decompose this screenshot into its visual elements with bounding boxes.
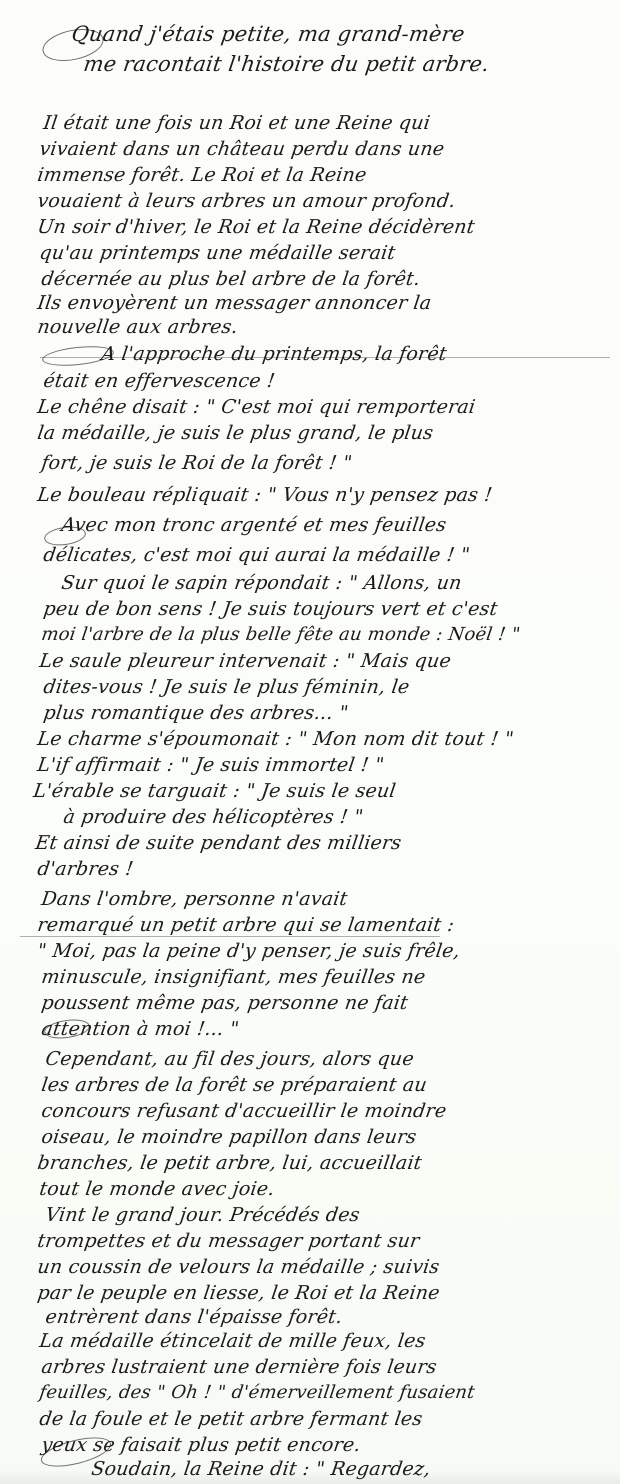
text-line: concours refusant d'accueillir le moindr…	[40, 1100, 448, 1122]
text-line: L'if affirmait : " Je suis immortel ! "	[36, 754, 386, 776]
text-line: yeux se faisait plus petit encore.	[40, 1434, 362, 1456]
text-line: dites-vous ! Je suis le plus féminin, le	[42, 676, 411, 698]
text-line: délicates, c'est moi qui aurai la médail…	[42, 544, 471, 566]
text-line: oiseau, le moindre papillon dans leurs	[40, 1126, 418, 1148]
text-line: tout le monde avec joie.	[38, 1178, 276, 1200]
text-line: Un soir d'hiver, le Roi et la Reine déci…	[36, 216, 476, 238]
text-line: arbres lustraient une dernière fois leur…	[40, 1356, 438, 1378]
text-line: trompettes et du messager portant sur	[36, 1230, 421, 1252]
text-line: vouaient à leurs arbres un amour profond…	[36, 190, 457, 212]
text-line: Le charme s'époumonait : " Mon nom dit t…	[36, 728, 515, 750]
text-line: poussent même pas, personne ne fait	[40, 992, 409, 1014]
text-line: Ils envoyèrent un messager annoncer la	[36, 292, 433, 314]
text-line: les arbres de la forêt se préparaient au	[40, 1074, 428, 1096]
text-line: nouvelle aux arbres.	[36, 316, 239, 338]
text-line: Quand j'étais petite, ma grand-mère	[70, 22, 466, 46]
text-line: plus romantique des arbres... "	[42, 702, 350, 724]
text-line: Le bouleau répliquait : " Vous n'y pense…	[36, 484, 494, 506]
text-line: remarqué un petit arbre qui se lamentait…	[36, 914, 456, 936]
text-line: entrèrent dans l'épaisse forêt.	[44, 1306, 344, 1328]
text-line: A l'approche du printemps, la forêt	[100, 343, 448, 365]
handwritten-page: Quand j'étais petite, ma grand-mère me r…	[0, 0, 620, 1484]
text-line: moi l'arbre de la plus belle fête au mon…	[40, 624, 522, 645]
text-line: vivaient dans un château perdu dans une	[38, 138, 446, 160]
text-line: attention à moi !... "	[40, 1018, 240, 1040]
text-line: un coussin de velours la médaille ; suiv…	[36, 1256, 441, 1278]
text-line: Cependant, au fil des jours, alors que	[44, 1048, 415, 1070]
page-edge-shadow	[0, 1470, 620, 1484]
text-line: décernée au plus bel arbre de la forêt.	[40, 268, 422, 290]
text-line: d'arbres !	[36, 858, 135, 880]
text-line: La médaille étincelait de mille feux, le…	[38, 1330, 427, 1352]
text-line: branches, le petit arbre, lui, accueilla…	[36, 1152, 423, 1174]
text-line: par le peuple en liesse, le Roi et la Re…	[36, 1282, 441, 1304]
text-line: Sur quoi le sapin répondait : " Allons, …	[60, 572, 463, 594]
text-line: la médaille, je suis le plus grand, le p…	[36, 422, 435, 444]
text-line: Le chêne disait : " C'est moi qui rempor…	[36, 396, 477, 418]
text-line: minuscule, insignifiant, mes feuilles ne	[40, 966, 427, 988]
text-line: Dans l'ombre, personne n'avait	[40, 888, 349, 910]
text-line: Il était une fois un Roi et une Reine qu…	[42, 112, 432, 134]
text-line: était en effervescence !	[42, 370, 276, 392]
text-line: " Moi, pas la peine d'y penser, je suis …	[36, 940, 461, 962]
text-line: me racontait l'histoire du petit arbre.	[82, 52, 491, 76]
text-line: Avec mon tronc argenté et mes feuilles	[60, 514, 448, 536]
text-line: Le saule pleureur intervenait : " Mais q…	[38, 650, 453, 672]
text-line: Vint le grand jour. Précédés des	[44, 1204, 361, 1226]
paper-rule-line	[20, 936, 440, 937]
text-line: de la foule et le petit arbre fermant le…	[38, 1408, 424, 1430]
text-line: qu'au printemps une médaille serait	[38, 242, 397, 264]
text-line: feuilles, des " Oh ! " d'émerveillement …	[38, 1382, 476, 1403]
text-line: Et ainsi de suite pendant des milliers	[34, 832, 403, 854]
text-line: peu de bon sens ! Je suis toujours vert …	[42, 598, 499, 620]
text-line: L'érable se targuait : " Je suis le seul	[32, 780, 397, 802]
text-line: fort, je suis le Roi de la forêt ! "	[40, 452, 354, 474]
text-line: immense forêt. Le Roi et la Reine	[36, 164, 368, 186]
text-line: à produire des hélicoptères ! "	[62, 806, 365, 828]
